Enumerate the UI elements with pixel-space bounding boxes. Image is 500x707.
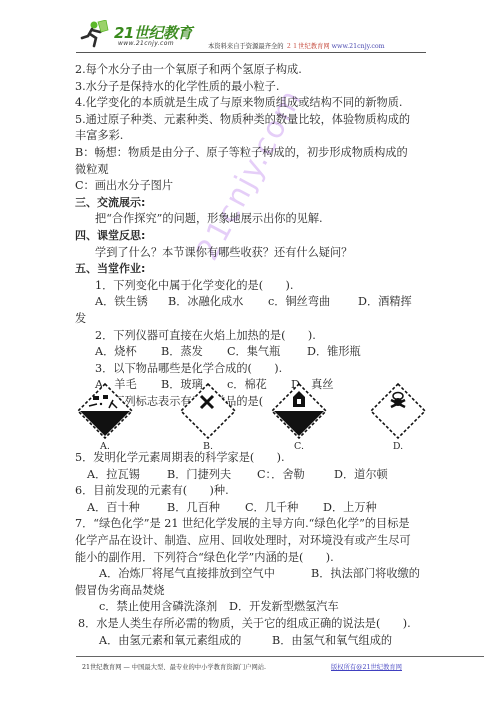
logo-url: www.21cnjy.com	[118, 40, 174, 47]
point-4: 4.化学变化的本质就是生成了与原来物质组成或结构不同的新物质.	[75, 94, 402, 111]
question-6-options: A．百十种B．几百种C．几千种D．上万种	[87, 499, 377, 516]
q2-option-c: C．集气瓶	[227, 343, 307, 360]
q1-option-d: D．酒精挥	[358, 293, 412, 310]
symbol-option-a: A.	[75, 382, 135, 454]
q2-option-a: A．烧杯	[95, 343, 161, 360]
harmful-x-hazard-icon	[178, 382, 238, 440]
corrosive-hazard-icon	[75, 382, 135, 440]
symbol-option-c: C.	[269, 382, 329, 454]
question-3-stem: 3．以下物品哪些是化学合成的( ).	[95, 360, 282, 377]
footer-text: 21世纪教育网 — 中国最大型、最专业的中小学教育资源门户网站.	[82, 662, 266, 671]
question-7-options-cd: c．禁止使用含磷洗涤剂D．开发新型燃氢汽车	[99, 598, 339, 615]
q1-option-a: A．铁生锈	[95, 293, 168, 310]
header-source-note: 本资料来自于资源最齐全的 ２１世纪教育网 www.21cnjy.com	[208, 41, 385, 50]
question-2-stem: 2．下列仪器可直接在火焰上加热的是( ).	[95, 327, 316, 344]
source-site-name[interactable]: ２１世纪教育网	[286, 43, 330, 50]
part-c: C：画出水分子图片	[75, 177, 173, 194]
q5-option-d: D．道尔顿	[334, 466, 388, 483]
question-1-stem: 1．下列变化中属于化学变化的是( ).	[95, 277, 293, 294]
q1-option-b: B．冰融化成水	[168, 293, 268, 310]
header-divider	[76, 52, 426, 53]
symbol-option-b: B.	[178, 382, 238, 454]
question-7-options-ab: A．冶炼厂将尾气直接排放到空气中B．执法部门将收缴的	[99, 565, 420, 582]
symbol-d-label: D.	[368, 441, 428, 452]
q1-option-d-wrap: 发	[75, 310, 86, 327]
question-1-options: A．铁生锈B．冰融化成水c．铜丝弯曲D．酒精挥	[95, 293, 435, 310]
point-2: 2.每个水分子由一个氧原子和两个氢原子构成.	[75, 61, 302, 78]
section-4-title: 四、课堂反思:	[75, 227, 145, 244]
page-header: 21世纪教育 www.21cnjy.com 本资料来自于资源最齐全的 ２１世纪教…	[76, 12, 426, 52]
section-5-title: 五、当堂作业:	[75, 260, 145, 277]
q8-option-a: A．由氢元素和氧元素组成的	[99, 632, 272, 649]
hazard-symbols: A. B. C. D.	[75, 382, 425, 454]
point-5: 5.通过原子种类、元素种类、物质种类的数量比较，体验物质构成的	[75, 111, 410, 128]
q5-option-b: B．门捷列夫	[167, 466, 257, 483]
q6-option-d: D．上万种	[323, 499, 377, 516]
question-7-stem-3: 能小的副作用．下列符合“绿色化学”内涵的是( ).	[75, 549, 334, 566]
q7-option-d: D．开发新型燃氢汽车	[229, 598, 339, 615]
question-7-stem-2: 化学产品在设计、制造、应用、回收处理时，对环境没有或产生尽可	[75, 532, 411, 549]
question-7-stem-1: 7．“绿色化学”是 21 世纪化学发展的主导方向.“绿色化学”的目标是	[75, 515, 410, 532]
section-3-body: 把“合作探究”的问题，形象地展示出你的见解.	[95, 210, 323, 227]
q6-option-a: A．百十种	[87, 499, 167, 516]
point-3: 3.水分子是保持水的化学性质的最小粒子.	[75, 78, 279, 95]
footer-divider	[76, 656, 484, 657]
source-site-url[interactable]: www.21cnjy.com	[332, 43, 385, 50]
q2-option-b: B．蒸发	[161, 343, 227, 360]
point-5-cont: 丰富多彩.	[75, 127, 123, 144]
q7-option-a: A．冶炼厂将尾气直接排放到空气中	[99, 565, 311, 582]
source-prefix: 本资料来自于资源最齐全的	[208, 43, 284, 50]
question-5-stem: 5．发明化学元素周期表的科学家是( ).	[75, 449, 285, 466]
question-8-options: A．由氢元素和氧元素组成的B．由氢气和氧气组成的	[99, 632, 392, 649]
q2-option-d: D．锥形瓶	[307, 343, 361, 360]
question-2-options: A．烧杯B．蒸发C．集气瓶D．锥形瓶	[95, 343, 361, 360]
toxic-skull-hazard-icon	[368, 382, 428, 440]
q1-option-c: c．铜丝弯曲	[268, 293, 358, 310]
question-8-stem: 8．水是人类生存所必需的物质，关于它的组成正确的说法是( ).	[78, 615, 411, 632]
q6-option-b: B．几百种	[167, 499, 245, 516]
symbol-option-d: D.	[368, 382, 428, 454]
section-3-title: 三、交流展示:	[75, 194, 145, 211]
site-logo: 21世纪教育 www.21cnjy.com	[80, 14, 210, 50]
q5-option-c: C：．舍勒	[257, 466, 334, 483]
q7-option-b: B．执法部门将收缴的	[311, 565, 420, 582]
q7-option-b-wrap: 假冒伪劣商品焚烧	[75, 582, 165, 599]
q5-option-a: A．拉瓦锡	[87, 466, 167, 483]
question-6-stem: 6．目前发现的元素有( )种.	[75, 482, 229, 499]
part-b: B：畅想：物质是由分子、原子等粒子构成的，初步形成物质构成的	[75, 144, 408, 161]
runner-logo-icon	[80, 20, 110, 48]
question-5-options: A．拉瓦锡B．门捷列夫C：．舍勒D．道尔顿	[87, 466, 388, 483]
part-b-cont: 微粒观	[75, 161, 109, 178]
q8-option-b: B．由氢气和氧气组成的	[272, 632, 392, 649]
q7-option-c: c．禁止使用含磷洗涤剂	[99, 598, 229, 615]
section-4-body: 学到了什么？本节课你有哪些收获？还有什么疑问？	[95, 244, 352, 261]
q6-option-c: C．几千种	[245, 499, 323, 516]
copyright-link[interactable]: 版权所有@21世纪教育网	[331, 662, 402, 671]
flammable-solid-hazard-icon	[269, 382, 329, 440]
